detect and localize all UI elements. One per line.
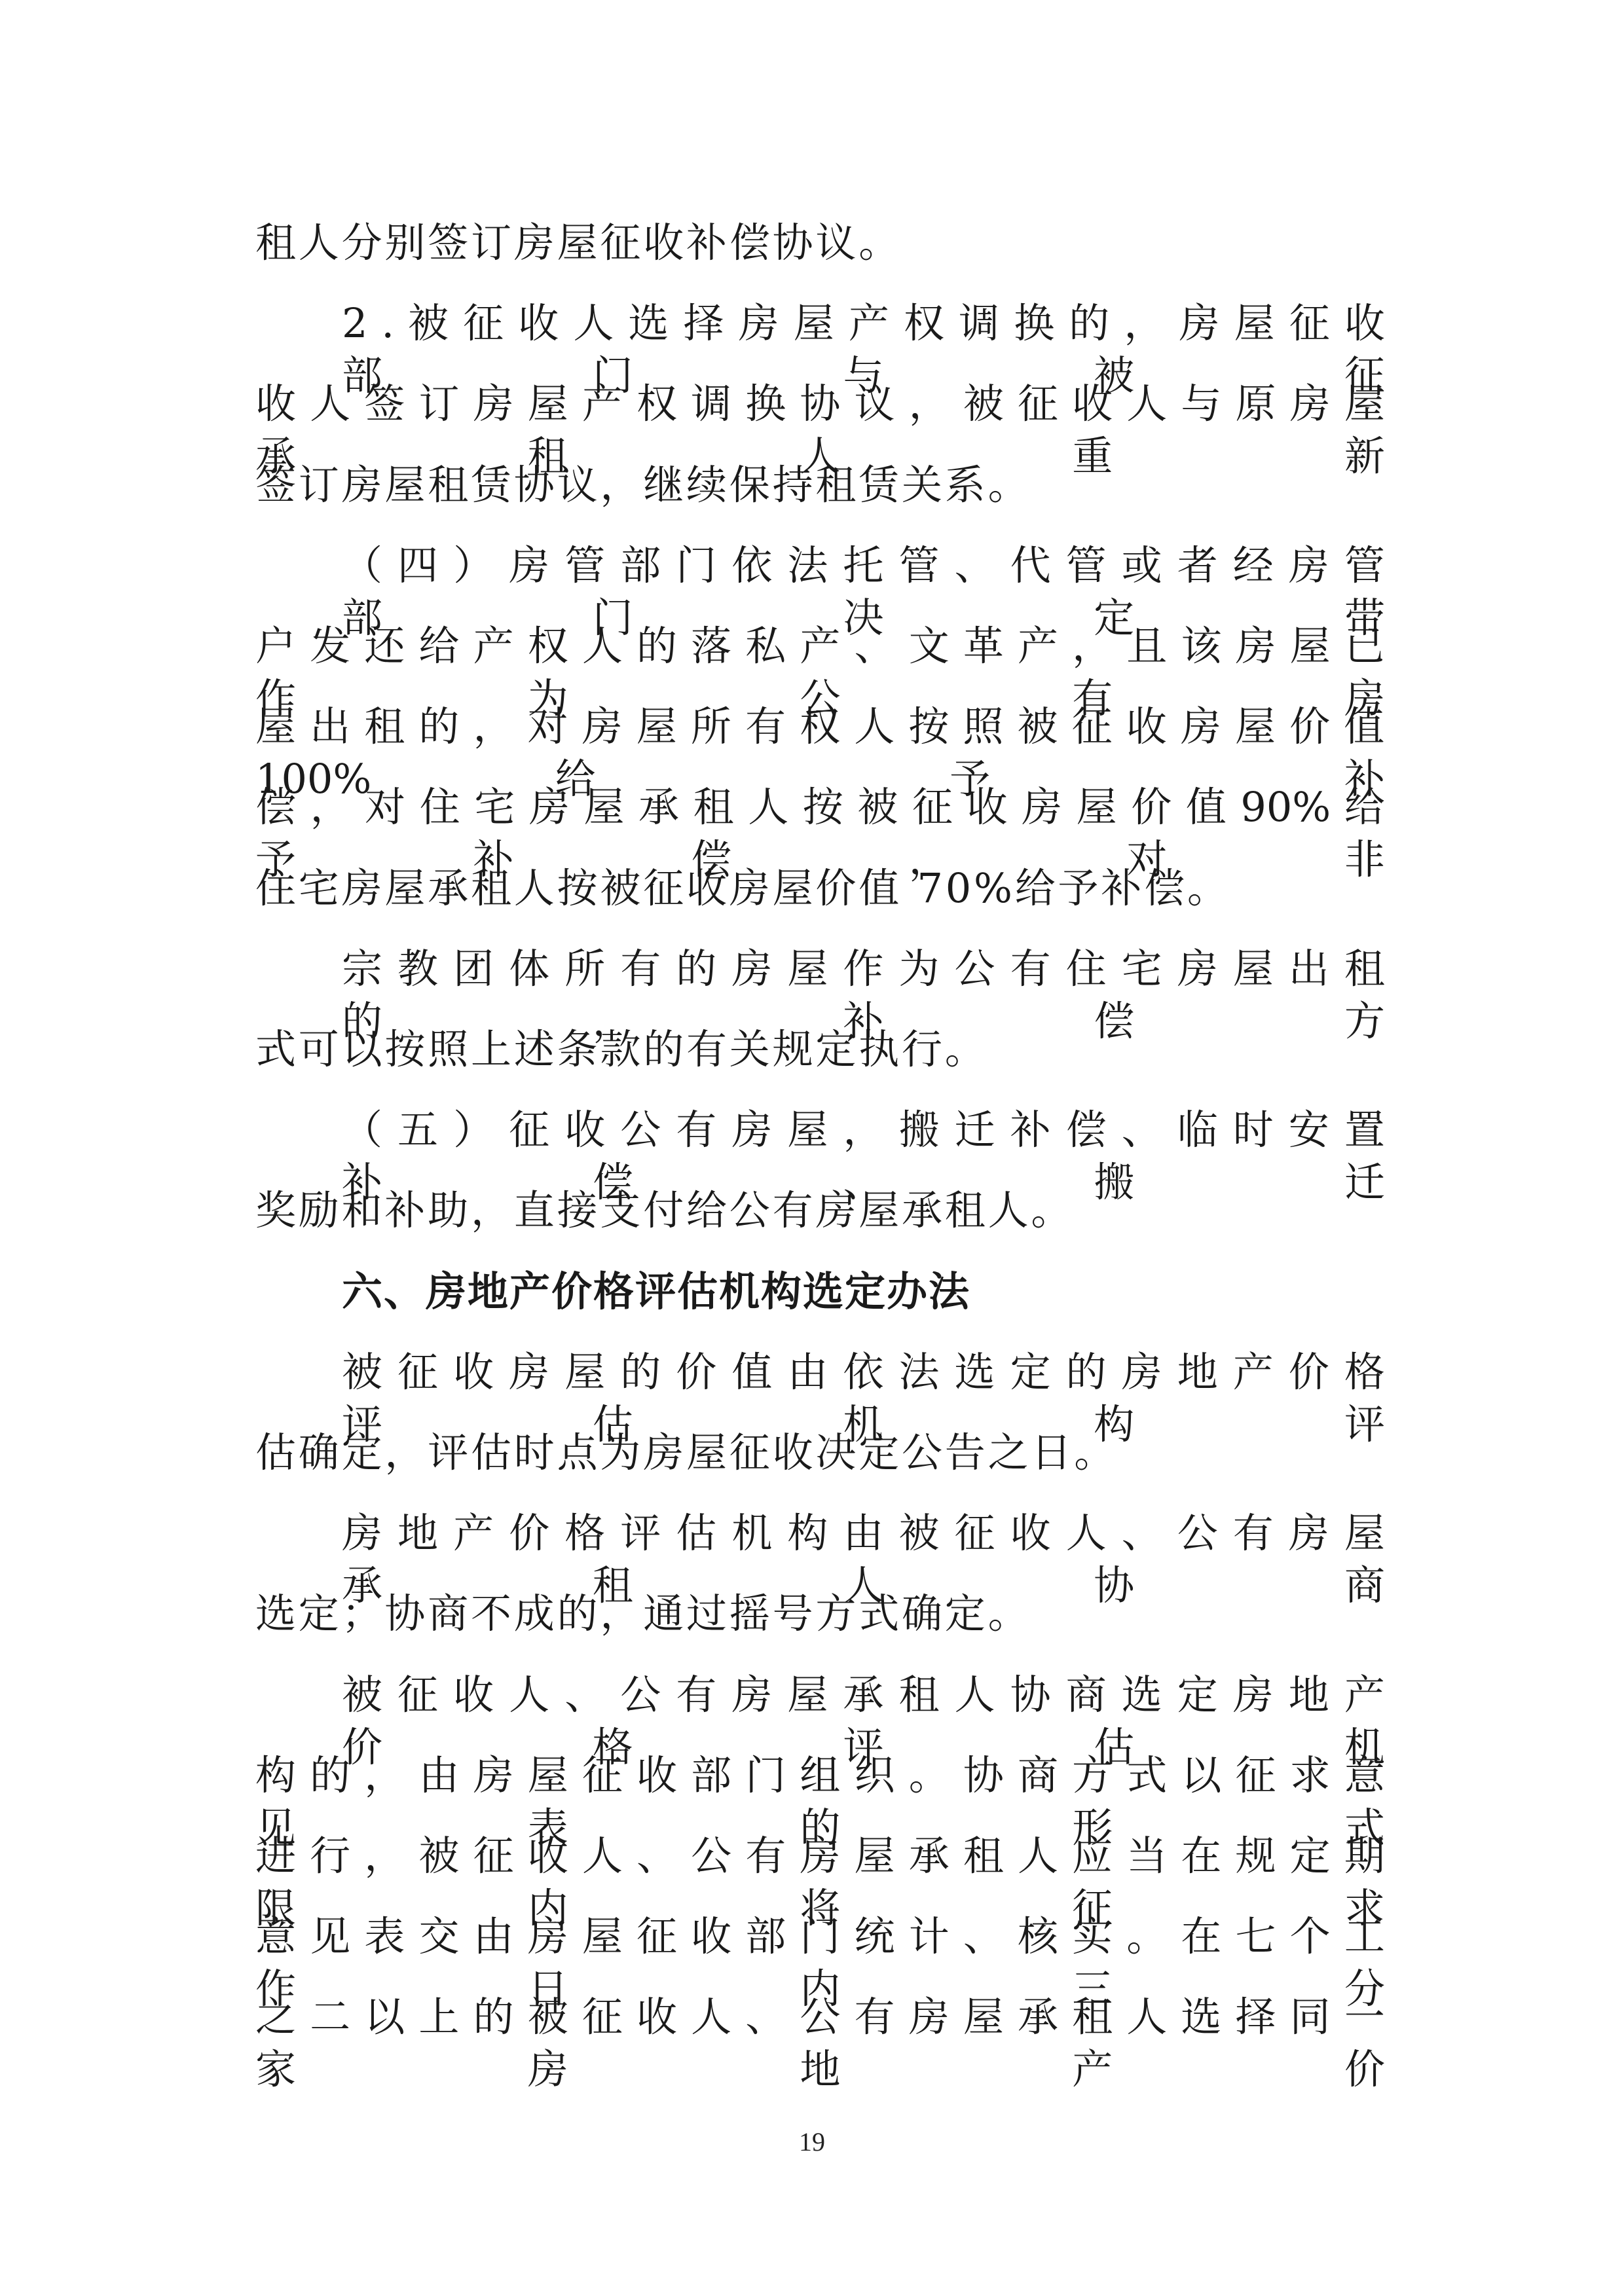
paragraph-line: 之 二 以 上 的 被 征 收 人 、 公 有 房 屋 承 租 人 选 择 同 … [255, 1991, 1385, 2043]
paragraph-line: 租人分别签订房屋征收补偿协议。 [255, 217, 1385, 269]
page-number: 19 [0, 2126, 1624, 2157]
paragraph-line: 意 见 表 交 由 房 屋 征 收 部 门 统 计 、 核 实 。 在 七 个 … [255, 1910, 1385, 1963]
paragraph-line: 被 征 收 人 、 公 有 房 屋 承 租 人 协 商 选 定 房 地 产 价 … [255, 1669, 1385, 1721]
paragraph-line: 式可以按照上述条款的有关规定执行。 [255, 1023, 1385, 1076]
paragraph-line: 估确定，评估时点为房屋征收决定公告之日。 [255, 1427, 1385, 1479]
paragraph-line: 屋 出 租 的 ， 对 房 屋 所 有 权 人 按 照 被 征 收 房 屋 价 … [255, 701, 1385, 753]
paragraph-line: 2 . 被 征 收 人 选 择 房 屋 产 权 调 换 的 ， 房 屋 征 收 … [255, 297, 1385, 350]
paragraph-line: 构 的 ， 由 房 屋 征 收 部 门 组 织 。 协 商 方 式 以 征 求 … [255, 1749, 1385, 1802]
document-page: 租人分别签订房屋征收补偿协议。 2 . 被 征 收 人 选 择 房 屋 产 权 … [0, 0, 1624, 2296]
paragraph-line: 偿 ， 对 住 宅 房 屋 承 租 人 按 被 征 收 房 屋 价 值 90% … [255, 781, 1385, 833]
paragraph-line: 房 地 产 价 格 评 估 机 构 由 被 征 收 人 、 公 有 房 屋 承 … [255, 1507, 1385, 1559]
paragraph-line: 宗 教 团 体 所 有 的 房 屋 作 为 公 有 住 宅 房 屋 出 租 的 … [255, 943, 1385, 995]
paragraph-line: （ 四 ） 房 管 部 门 依 法 托 管 、 代 管 或 者 经 房 管 部 … [255, 539, 1385, 592]
paragraph-line: 进 行 ， 被 征 收 人 、 公 有 房 屋 承 租 人 应 当 在 规 定 … [255, 1830, 1385, 1882]
paragraph-line: 被 征 收 房 屋 的 价 值 由 依 法 选 定 的 房 地 产 价 格 评 … [255, 1346, 1385, 1398]
paragraph-line: 收 人 签 订 房 屋 产 权 调 换 协 议 ， 被 征 收 人 与 原 房 … [255, 378, 1385, 430]
paragraph-line: 选定；协商不成的，通过摇号方式确定。 [255, 1588, 1385, 1640]
paragraph-line: 户 发 还 给 产 权 人 的 落 私 产 、 文 革 产 ， 且 该 房 屋 … [255, 620, 1385, 672]
paragraph-line: 住宅房屋承租人按被征收房屋价值 70%给予补偿。 [255, 862, 1385, 915]
section-heading: 六、房地产价格评估机构选定办法 [255, 1266, 1385, 1318]
paragraph-line: 签订房屋租赁协议，继续保持租赁关系。 [255, 459, 1385, 511]
paragraph-line: （ 五 ） 征 收 公 有 房 屋 ， 搬 迁 补 偿 、 临 时 安 置 补 … [255, 1104, 1385, 1156]
paragraph-line: 奖励和补助，直接支付给公有房屋承租人。 [255, 1184, 1385, 1237]
